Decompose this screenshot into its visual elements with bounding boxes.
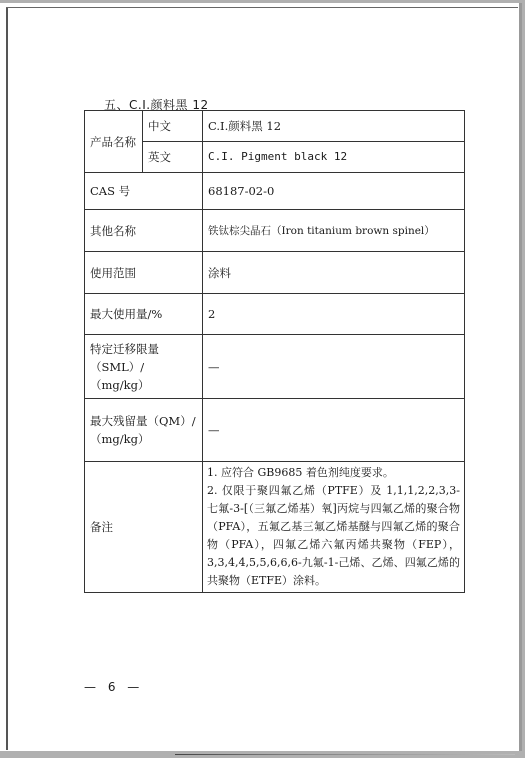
pigment-spec-table: 产品名称 中文 C.I.颜料黑 12 英文 C.I. Pigment black… bbox=[84, 110, 465, 593]
qm-label: 最大残留量（QM）/ （mg/kg） bbox=[85, 399, 203, 462]
max-usage-label: 最大使用量/% bbox=[85, 294, 203, 335]
other-names-value: 铁钛棕尖晶石（Iron titanium brown spinel） bbox=[203, 210, 465, 252]
table-row-product-name-cn: 产品名称 中文 C.I.颜料黑 12 bbox=[85, 111, 465, 142]
scan-edge-top bbox=[6, 7, 518, 8]
sml-label-line1: 特定迁移限量（SML）/ bbox=[90, 340, 196, 376]
max-usage-value: 2 bbox=[203, 294, 465, 335]
other-names-label: 其他名称 bbox=[85, 210, 203, 252]
scan-edge-right bbox=[519, 3, 522, 751]
qm-value: — bbox=[203, 399, 465, 462]
scan-edge-left bbox=[6, 8, 8, 750]
table-row-other-names: 其他名称 铁钛棕尖晶石（Iron titanium brown spinel） bbox=[85, 210, 465, 252]
english-name-label: 英文 bbox=[143, 142, 203, 173]
qm-label-line2: （mg/kg） bbox=[90, 430, 196, 448]
table-row-sml: 特定迁移限量（SML）/ （mg/kg） — bbox=[85, 335, 465, 399]
chinese-name-label: 中文 bbox=[143, 111, 203, 142]
table-row-qm: 最大残留量（QM）/ （mg/kg） — bbox=[85, 399, 465, 462]
english-name-value: C.I. Pigment black 12 bbox=[203, 142, 465, 173]
product-name-label: 产品名称 bbox=[85, 111, 143, 173]
cas-value: 68187-02-0 bbox=[203, 173, 465, 210]
table-row-max-usage: 最大使用量/% 2 bbox=[85, 294, 465, 335]
sml-value: — bbox=[203, 335, 465, 399]
table-row-remarks: 备注 1. 应符合 GB9685 着色剂纯度要求。 2. 仅限于聚四氟乙烯（PT… bbox=[85, 462, 465, 593]
page-number: — 6 — bbox=[84, 680, 143, 694]
scope-value: 涂料 bbox=[203, 252, 465, 294]
cas-label: CAS 号 bbox=[85, 173, 203, 210]
sml-label: 特定迁移限量（SML）/ （mg/kg） bbox=[85, 335, 203, 399]
chinese-name-value: C.I.颜料黑 12 bbox=[203, 111, 465, 142]
remark-item-2: 2. 仅限于聚四氟乙烯（PTFE）及 1,1,1,2,2,3,3-七氟-3-[（… bbox=[207, 482, 460, 590]
qm-label-line1: 最大残留量（QM）/ bbox=[90, 412, 196, 430]
remarks-value: 1. 应符合 GB9685 着色剂纯度要求。 2. 仅限于聚四氟乙烯（PTFE）… bbox=[203, 462, 465, 593]
sml-label-line2: （mg/kg） bbox=[90, 376, 196, 394]
table-row-cas: CAS 号 68187-02-0 bbox=[85, 173, 465, 210]
scan-bottom-noise bbox=[175, 754, 515, 755]
remark-item-1: 1. 应符合 GB9685 着色剂纯度要求。 bbox=[207, 464, 460, 482]
remarks-label: 备注 bbox=[85, 462, 203, 593]
scope-label: 使用范围 bbox=[85, 252, 203, 294]
table-row-scope: 使用范围 涂料 bbox=[85, 252, 465, 294]
